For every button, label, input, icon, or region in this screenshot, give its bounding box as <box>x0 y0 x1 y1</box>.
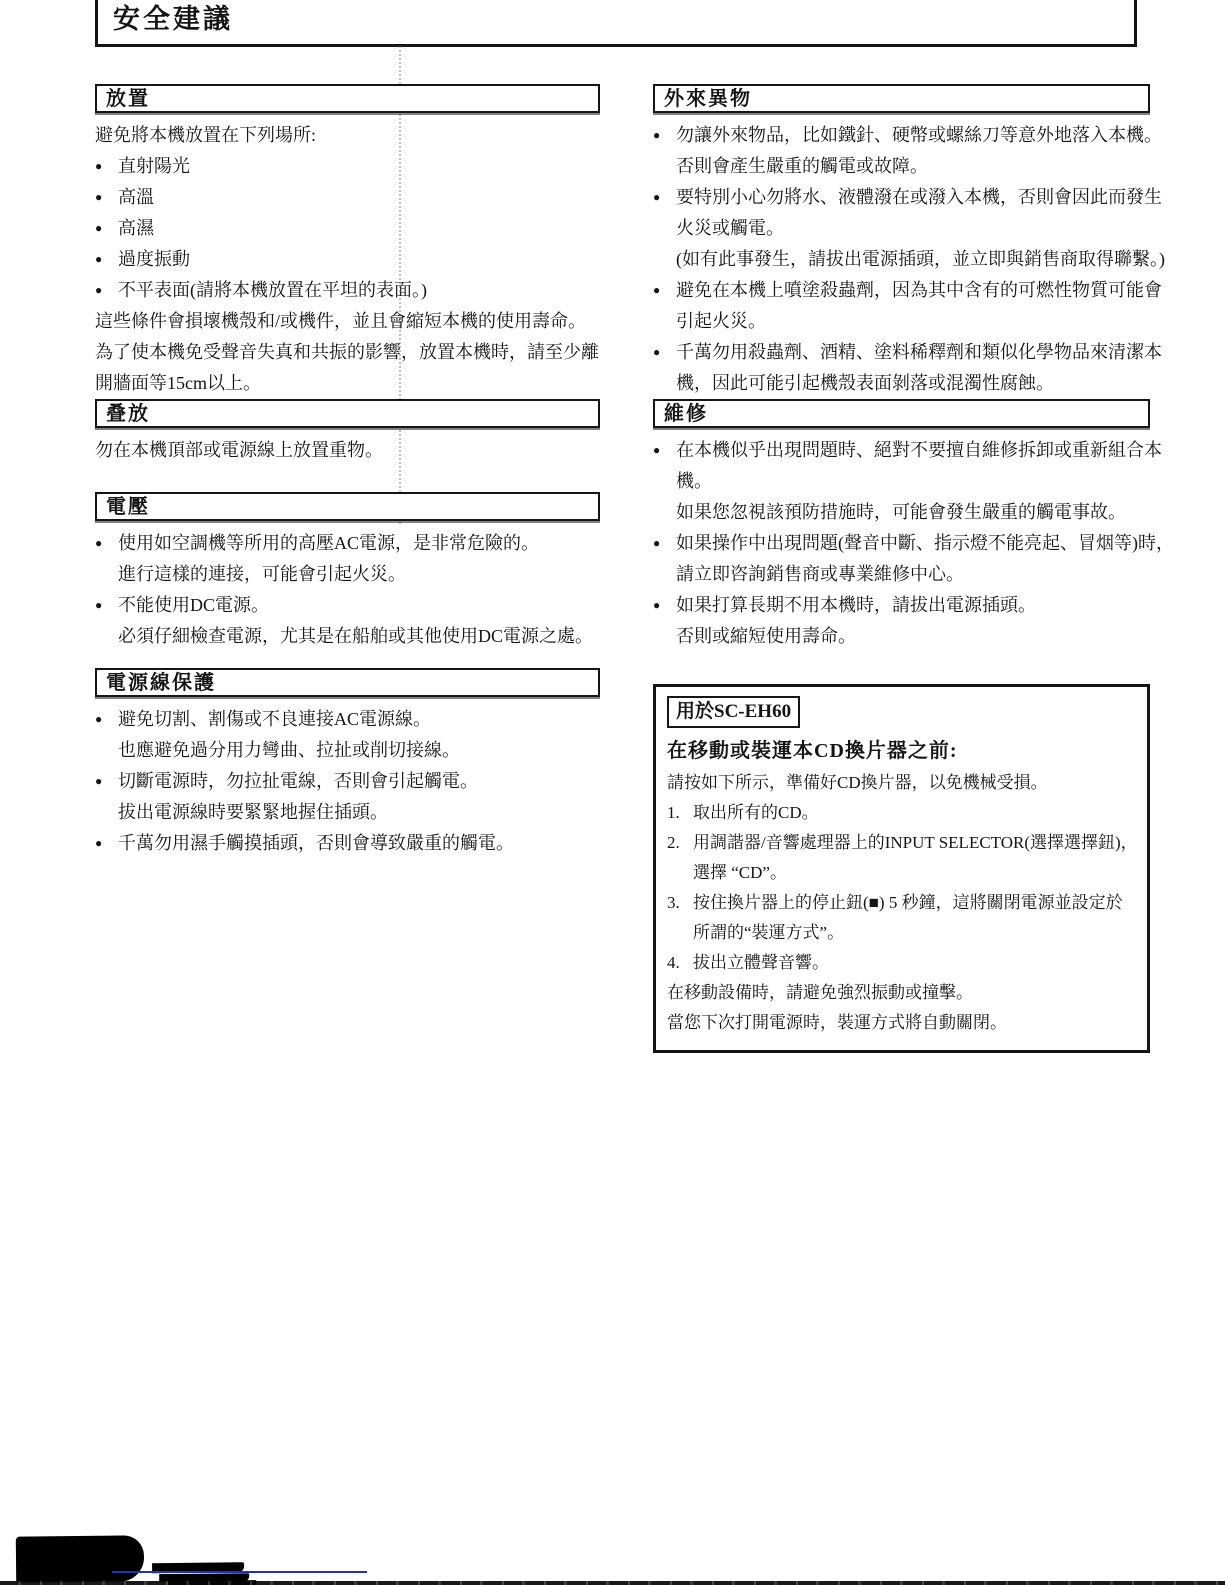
bullet-icon: ● <box>95 704 118 735</box>
section-cord-protection: 電源線保護 ●避免切割、割傷或不良連接AC電源線。 也應避免過分用力彎曲、拉扯或… <box>95 668 600 859</box>
list-item: ●如果操作中出現問題(聲音中斷、指示燈不能亮起、冒烟等)時， <box>653 528 1150 559</box>
bullet-icon: ● <box>653 182 676 213</box>
section-placement: 放置 避免將本機放置在下列場所: ●直射陽光 ●高溫 ●高濕 ●過度振動 ●不平… <box>95 84 600 399</box>
text-line: 機，因此可能引起機殼表面剝落或混濁性腐蝕。 <box>653 368 1150 399</box>
section-stacking-title: 叠放 <box>95 399 600 428</box>
bullet-icon: ● <box>95 766 118 797</box>
list-item-text: 避免切割、割傷或不良連接AC電源線。 <box>118 704 431 735</box>
list-item: ●不平表面(請將本機放置在平坦的表面。) <box>95 275 600 306</box>
sc-eh60-notice-box: 用於SC-EH60 在移動或裝運本CD換片器之前: 請按如下所示，準備好CD換片… <box>653 684 1150 1053</box>
bullet-icon: ● <box>653 337 676 368</box>
step-item: 1.取出所有的CD。 <box>667 798 1137 828</box>
sc-eh60-model-badge: 用於SC-EH60 <box>667 696 800 728</box>
list-item: ●高濕 <box>95 213 600 244</box>
step-item: 2.用調諧器/音響處理器上的INPUT SELECTOR(選擇選擇鈕)， <box>667 828 1137 858</box>
step-number: 3. <box>667 888 693 918</box>
manual-page: 安全建議 放置 避免將本機放置在下列場所: ●直射陽光 ●高溫 ●高濕 ●過度振… <box>0 0 1225 1585</box>
list-item: ●高溫 <box>95 182 600 213</box>
list-item-text: 勿讓外來物品，比如鐵針、硬幣或螺絲刀等意外地落入本機。 <box>676 120 1162 151</box>
step-number: 2. <box>667 828 693 858</box>
text-line: 開牆面等15cm以上。 <box>95 368 600 399</box>
text-line: 火災或觸電。 <box>653 213 1150 244</box>
list-item-text: 高濕 <box>118 213 154 244</box>
step-number: 4. <box>667 948 693 978</box>
section-service: 維修 ●在本機似乎出現問題時、絕對不要擅自維修拆卸或重新組合本 機。 如果您忽視… <box>653 399 1150 652</box>
text-line: 也應避免過分用力彎曲、拉扯或削切接線。 <box>95 735 600 766</box>
text-line: 所謂的“裝運方式”。 <box>667 918 1137 948</box>
page-title-box: 安全建議 <box>95 0 1137 47</box>
list-item: ●避免在本機上噴塗殺蟲劑，因為其中含有的可燃性物質可能會 <box>653 275 1150 306</box>
list-item-text: 千萬勿用殺蟲劑、酒精、塗料稀釋劑和類似化學物品來清潔本 <box>676 337 1162 368</box>
section-voltage-title: 電壓 <box>95 492 600 521</box>
bullet-icon: ● <box>653 120 676 151</box>
list-item-text: 不平表面(請將本機放置在平坦的表面。) <box>118 275 427 306</box>
step-text: 用調諧器/音響處理器上的INPUT SELECTOR(選擇選擇鈕)， <box>693 828 1138 858</box>
list-item-text: 如果操作中出現問題(聲音中斷、指示燈不能亮起、冒烟等)時， <box>676 528 1174 559</box>
text-line: 為了使本機免受聲音失真和共振的影響，放置本機時，請至少離 <box>95 337 600 368</box>
text-line: 在移動設備時，請避免強烈振動或撞擊。 <box>667 978 1137 1008</box>
text-line: (如有此事發生，請拔出電源插頭，並立即與銷售商取得聯繫。) <box>653 244 1150 275</box>
list-item-text: 使用如空調機等所用的高壓AC電源，是非常危險的。 <box>118 528 539 559</box>
bullet-icon: ● <box>95 528 118 559</box>
right-column: 外來異物 ●勿讓外來物品，比如鐵針、硬幣或螺絲刀等意外地落入本機。 否則會產生嚴… <box>653 84 1150 1053</box>
bullet-icon: ● <box>95 213 118 244</box>
list-item: ●勿讓外來物品，比如鐵針、硬幣或螺絲刀等意外地落入本機。 <box>653 120 1150 151</box>
bullet-icon: ● <box>653 275 676 306</box>
text-line: 引起火災。 <box>653 306 1150 337</box>
list-item: ●千萬勿用殺蟲劑、酒精、塗料稀釋劑和類似化學物品來清潔本 <box>653 337 1150 368</box>
step-text: 取出所有的CD。 <box>693 798 819 828</box>
list-item: ●千萬勿用濕手觸摸插頭，否則會導致嚴重的觸電。 <box>95 828 600 859</box>
section-voltage: 電壓 ●使用如空調機等所用的高壓AC電源，是非常危險的。 進行這樣的連接，可能會… <box>95 492 600 652</box>
section-placement-title: 放置 <box>95 84 600 113</box>
bullet-icon: ● <box>95 182 118 213</box>
scan-edge-noise <box>0 1581 1225 1585</box>
list-item: ●直射陽光 <box>95 151 600 182</box>
text-line: 勿在本機頂部或電源線上放置重物。 <box>95 435 600 466</box>
text-line: 必須仔細檢查電源，尤其是在船舶或其他使用DC電源之處。 <box>95 621 600 652</box>
bullet-icon: ● <box>653 435 676 466</box>
section-cord-protection-title: 電源線保護 <box>95 668 600 697</box>
bullet-icon: ● <box>95 275 118 306</box>
scan-ink-blob <box>16 1535 144 1582</box>
step-item: 4.拔出立體聲音響。 <box>667 948 1137 978</box>
section-foreign-objects-title: 外來異物 <box>653 84 1150 113</box>
bullet-icon: ● <box>95 590 118 621</box>
blue-underline-mark <box>112 1571 367 1573</box>
list-item: ●切斷電源時，勿拉扯電線，否則會引起觸電。 <box>95 766 600 797</box>
step-text: 拔出立體聲音響。 <box>693 948 829 978</box>
text-line: 進行這樣的連接，可能會引起火災。 <box>95 559 600 590</box>
list-item-text: 避免在本機上噴塗殺蟲劑，因為其中含有的可燃性物質可能會 <box>676 275 1162 306</box>
list-item: ●避免切割、割傷或不良連接AC電源線。 <box>95 704 600 735</box>
list-item-text: 切斷電源時，勿拉扯電線，否則會引起觸電。 <box>118 766 478 797</box>
page-title: 安全建議 <box>113 0 233 36</box>
text-line: 拔出電源線時要緊緊地握住插頭。 <box>95 797 600 828</box>
list-item-text: 高溫 <box>118 182 154 213</box>
section-service-title: 維修 <box>653 399 1150 428</box>
text-line: 機。 <box>653 466 1150 497</box>
list-item-text: 千萬勿用濕手觸摸插頭，否則會導致嚴重的觸電。 <box>118 828 514 859</box>
list-item-text: 如果打算長期不用本機時，請拔出電源插頭。 <box>676 590 1036 621</box>
list-item: ●使用如空調機等所用的高壓AC電源，是非常危險的。 <box>95 528 600 559</box>
section-stacking: 叠放 勿在本機頂部或電源線上放置重物。 <box>95 399 600 466</box>
step-number: 1. <box>667 798 693 828</box>
list-item-text: 在本機似乎出現問題時、絕對不要擅自維修拆卸或重新組合本 <box>676 435 1162 466</box>
list-item: ●要特別小心勿將水、液體潑在或潑入本機，否則會因此而發生 <box>653 182 1150 213</box>
text-line: 否則會產生嚴重的觸電或故障。 <box>653 151 1150 182</box>
list-item: ●過度振動 <box>95 244 600 275</box>
text-line: 避免將本機放置在下列場所: <box>95 120 600 151</box>
text-line: 請按如下所示，準備好CD換片器，以免機械受損。 <box>667 768 1137 798</box>
text-line: 選擇 “CD”。 <box>667 858 1137 888</box>
text-line: 請立即咨詢銷售商或專業維修中心。 <box>653 559 1150 590</box>
list-item-text: 要特別小心勿將水、液體潑在或潑入本機，否則會因此而發生 <box>676 182 1162 213</box>
bullet-icon: ● <box>653 528 676 559</box>
list-item: ●在本機似乎出現問題時、絕對不要擅自維修拆卸或重新組合本 <box>653 435 1150 466</box>
bullet-icon: ● <box>95 151 118 182</box>
list-item: ●如果打算長期不用本機時，請拔出電源插頭。 <box>653 590 1150 621</box>
list-item: ●不能使用DC電源。 <box>95 590 600 621</box>
section-foreign-objects: 外來異物 ●勿讓外來物品，比如鐵針、硬幣或螺絲刀等意外地落入本機。 否則會產生嚴… <box>653 84 1150 399</box>
bullet-icon: ● <box>95 828 118 859</box>
step-item: 3.按住換片器上的停止鈕(■) 5 秒鐘，這將關閉電源並設定於 <box>667 888 1137 918</box>
text-line: 這些條件會損壞機殼和/或機件，並且會縮短本機的使用壽命。 <box>95 306 600 337</box>
bullet-icon: ● <box>95 244 118 275</box>
list-item-text: 直射陽光 <box>118 151 190 182</box>
text-line: 如果您忽視該預防措施時，可能會發生嚴重的觸電事故。 <box>653 497 1150 528</box>
text-line: 否則或縮短使用壽命。 <box>653 621 1150 652</box>
list-item-text: 過度振動 <box>118 244 190 275</box>
list-item-text: 不能使用DC電源。 <box>118 590 269 621</box>
sc-eh60-heading: 在移動或裝運本CD換片器之前: <box>667 734 1137 768</box>
bullet-icon: ● <box>653 590 676 621</box>
left-column: 放置 避免將本機放置在下列場所: ●直射陽光 ●高溫 ●高濕 ●過度振動 ●不平… <box>95 84 600 859</box>
step-text: 按住換片器上的停止鈕(■) 5 秒鐘，這將關閉電源並設定於 <box>693 888 1123 918</box>
text-line: 當您下次打開電源時，裝運方式將自動關閉。 <box>667 1008 1137 1038</box>
